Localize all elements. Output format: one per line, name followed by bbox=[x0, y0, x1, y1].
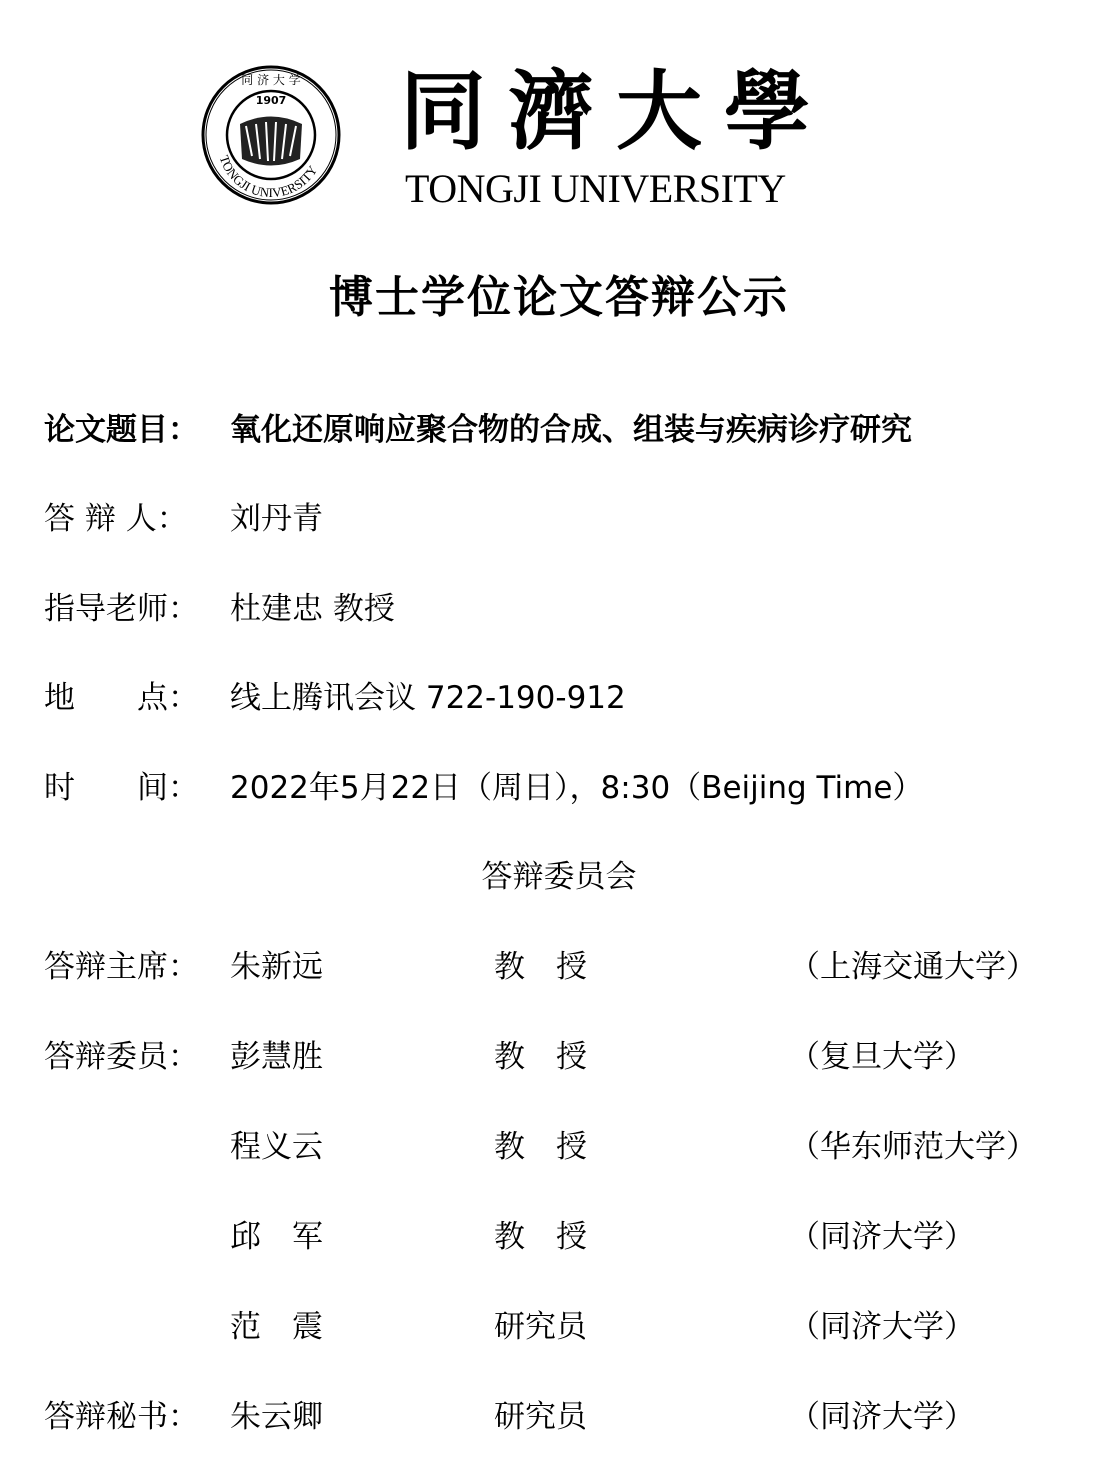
university-header: 1907 TONGJI UNIVERSITY 同 济 大 学 同濟大學 TONG… bbox=[200, 62, 840, 212]
member-affiliation: （同济大学） bbox=[789, 1395, 975, 1439]
page-title: 博士学位论文答辩公示 bbox=[0, 268, 1118, 328]
university-name-en: TONGJI UNIVERSITY bbox=[405, 166, 786, 212]
member-name: 程义云 bbox=[230, 1125, 323, 1169]
time-row: 时 间： 2022年5月22日（周日），8:30（Beijing Time） bbox=[44, 766, 923, 810]
member-name: 范 震 bbox=[230, 1305, 323, 1349]
candidate-value: 刘丹青 bbox=[230, 497, 323, 541]
member-rank: 教 授 bbox=[494, 1125, 587, 1169]
member-affiliation: （同济大学） bbox=[789, 1215, 975, 1259]
member-affiliation: （同济大学） bbox=[789, 1305, 975, 1349]
committee-secretary: 答辩秘书： 朱云卿 研究员 （同济大学） bbox=[44, 1395, 1104, 1439]
member-rank: 研究员 bbox=[494, 1305, 587, 1349]
svg-text:同 济 大 学: 同 济 大 学 bbox=[241, 72, 300, 87]
location-label: 地 点： bbox=[44, 676, 230, 720]
member-role: 答辩秘书： bbox=[44, 1395, 199, 1439]
svg-text:1907: 1907 bbox=[256, 94, 287, 107]
university-name-cn: 同濟大學 bbox=[400, 62, 825, 162]
member-role: 答辩主席： bbox=[44, 945, 199, 989]
member-rank: 教 授 bbox=[494, 1215, 587, 1259]
committee-member: 程义云 教 授 （华东师范大学） bbox=[44, 1125, 1104, 1169]
location-row: 地 点： 线上腾讯会议 722-190-912 bbox=[44, 676, 626, 720]
member-name: 邱 军 bbox=[230, 1215, 323, 1259]
member-name: 朱云卿 bbox=[230, 1395, 323, 1439]
committee-member: 邱 军 教 授 （同济大学） bbox=[44, 1215, 1104, 1259]
time-label: 时 间： bbox=[44, 766, 230, 810]
university-seal-icon: 1907 TONGJI UNIVERSITY 同 济 大 学 bbox=[200, 64, 342, 206]
advisor-row: 指导老师： 杜建忠 教授 bbox=[44, 587, 395, 631]
member-name: 朱新远 bbox=[230, 945, 323, 989]
time-value: 2022年5月22日（周日），8:30（Beijing Time） bbox=[230, 766, 923, 810]
member-rank: 教 授 bbox=[494, 1035, 587, 1079]
committee-member: 答辩委员： 彭慧胜 教 授 （复旦大学） bbox=[44, 1035, 1104, 1079]
committee-heading: 答辩委员会 bbox=[0, 855, 1118, 899]
committee-member: 范 震 研究员 （同济大学） bbox=[44, 1305, 1104, 1349]
member-affiliation: （华东师范大学） bbox=[789, 1125, 1037, 1169]
thesis-value: 氧化还原响应聚合物的合成、组装与疾病诊疗研究 bbox=[230, 408, 912, 452]
member-name: 彭慧胜 bbox=[230, 1035, 323, 1079]
candidate-row: 答 辩 人： 刘丹青 bbox=[44, 497, 323, 541]
member-rank: 教 授 bbox=[494, 945, 587, 989]
member-affiliation: （复旦大学） bbox=[789, 1035, 975, 1079]
advisor-value: 杜建忠 教授 bbox=[230, 587, 395, 631]
member-affiliation: （上海交通大学） bbox=[789, 945, 1037, 989]
thesis-title-row: 论文题目： 氧化还原响应聚合物的合成、组装与疾病诊疗研究 bbox=[44, 408, 912, 452]
advisor-label: 指导老师： bbox=[44, 587, 230, 631]
location-value: 线上腾讯会议 722-190-912 bbox=[230, 676, 626, 720]
committee-member: 答辩主席： 朱新远 教 授 （上海交通大学） bbox=[44, 945, 1104, 989]
member-role: 答辩委员： bbox=[44, 1035, 199, 1079]
candidate-label: 答 辩 人： bbox=[44, 497, 230, 541]
member-rank: 研究员 bbox=[494, 1395, 587, 1439]
thesis-label: 论文题目： bbox=[44, 408, 230, 452]
